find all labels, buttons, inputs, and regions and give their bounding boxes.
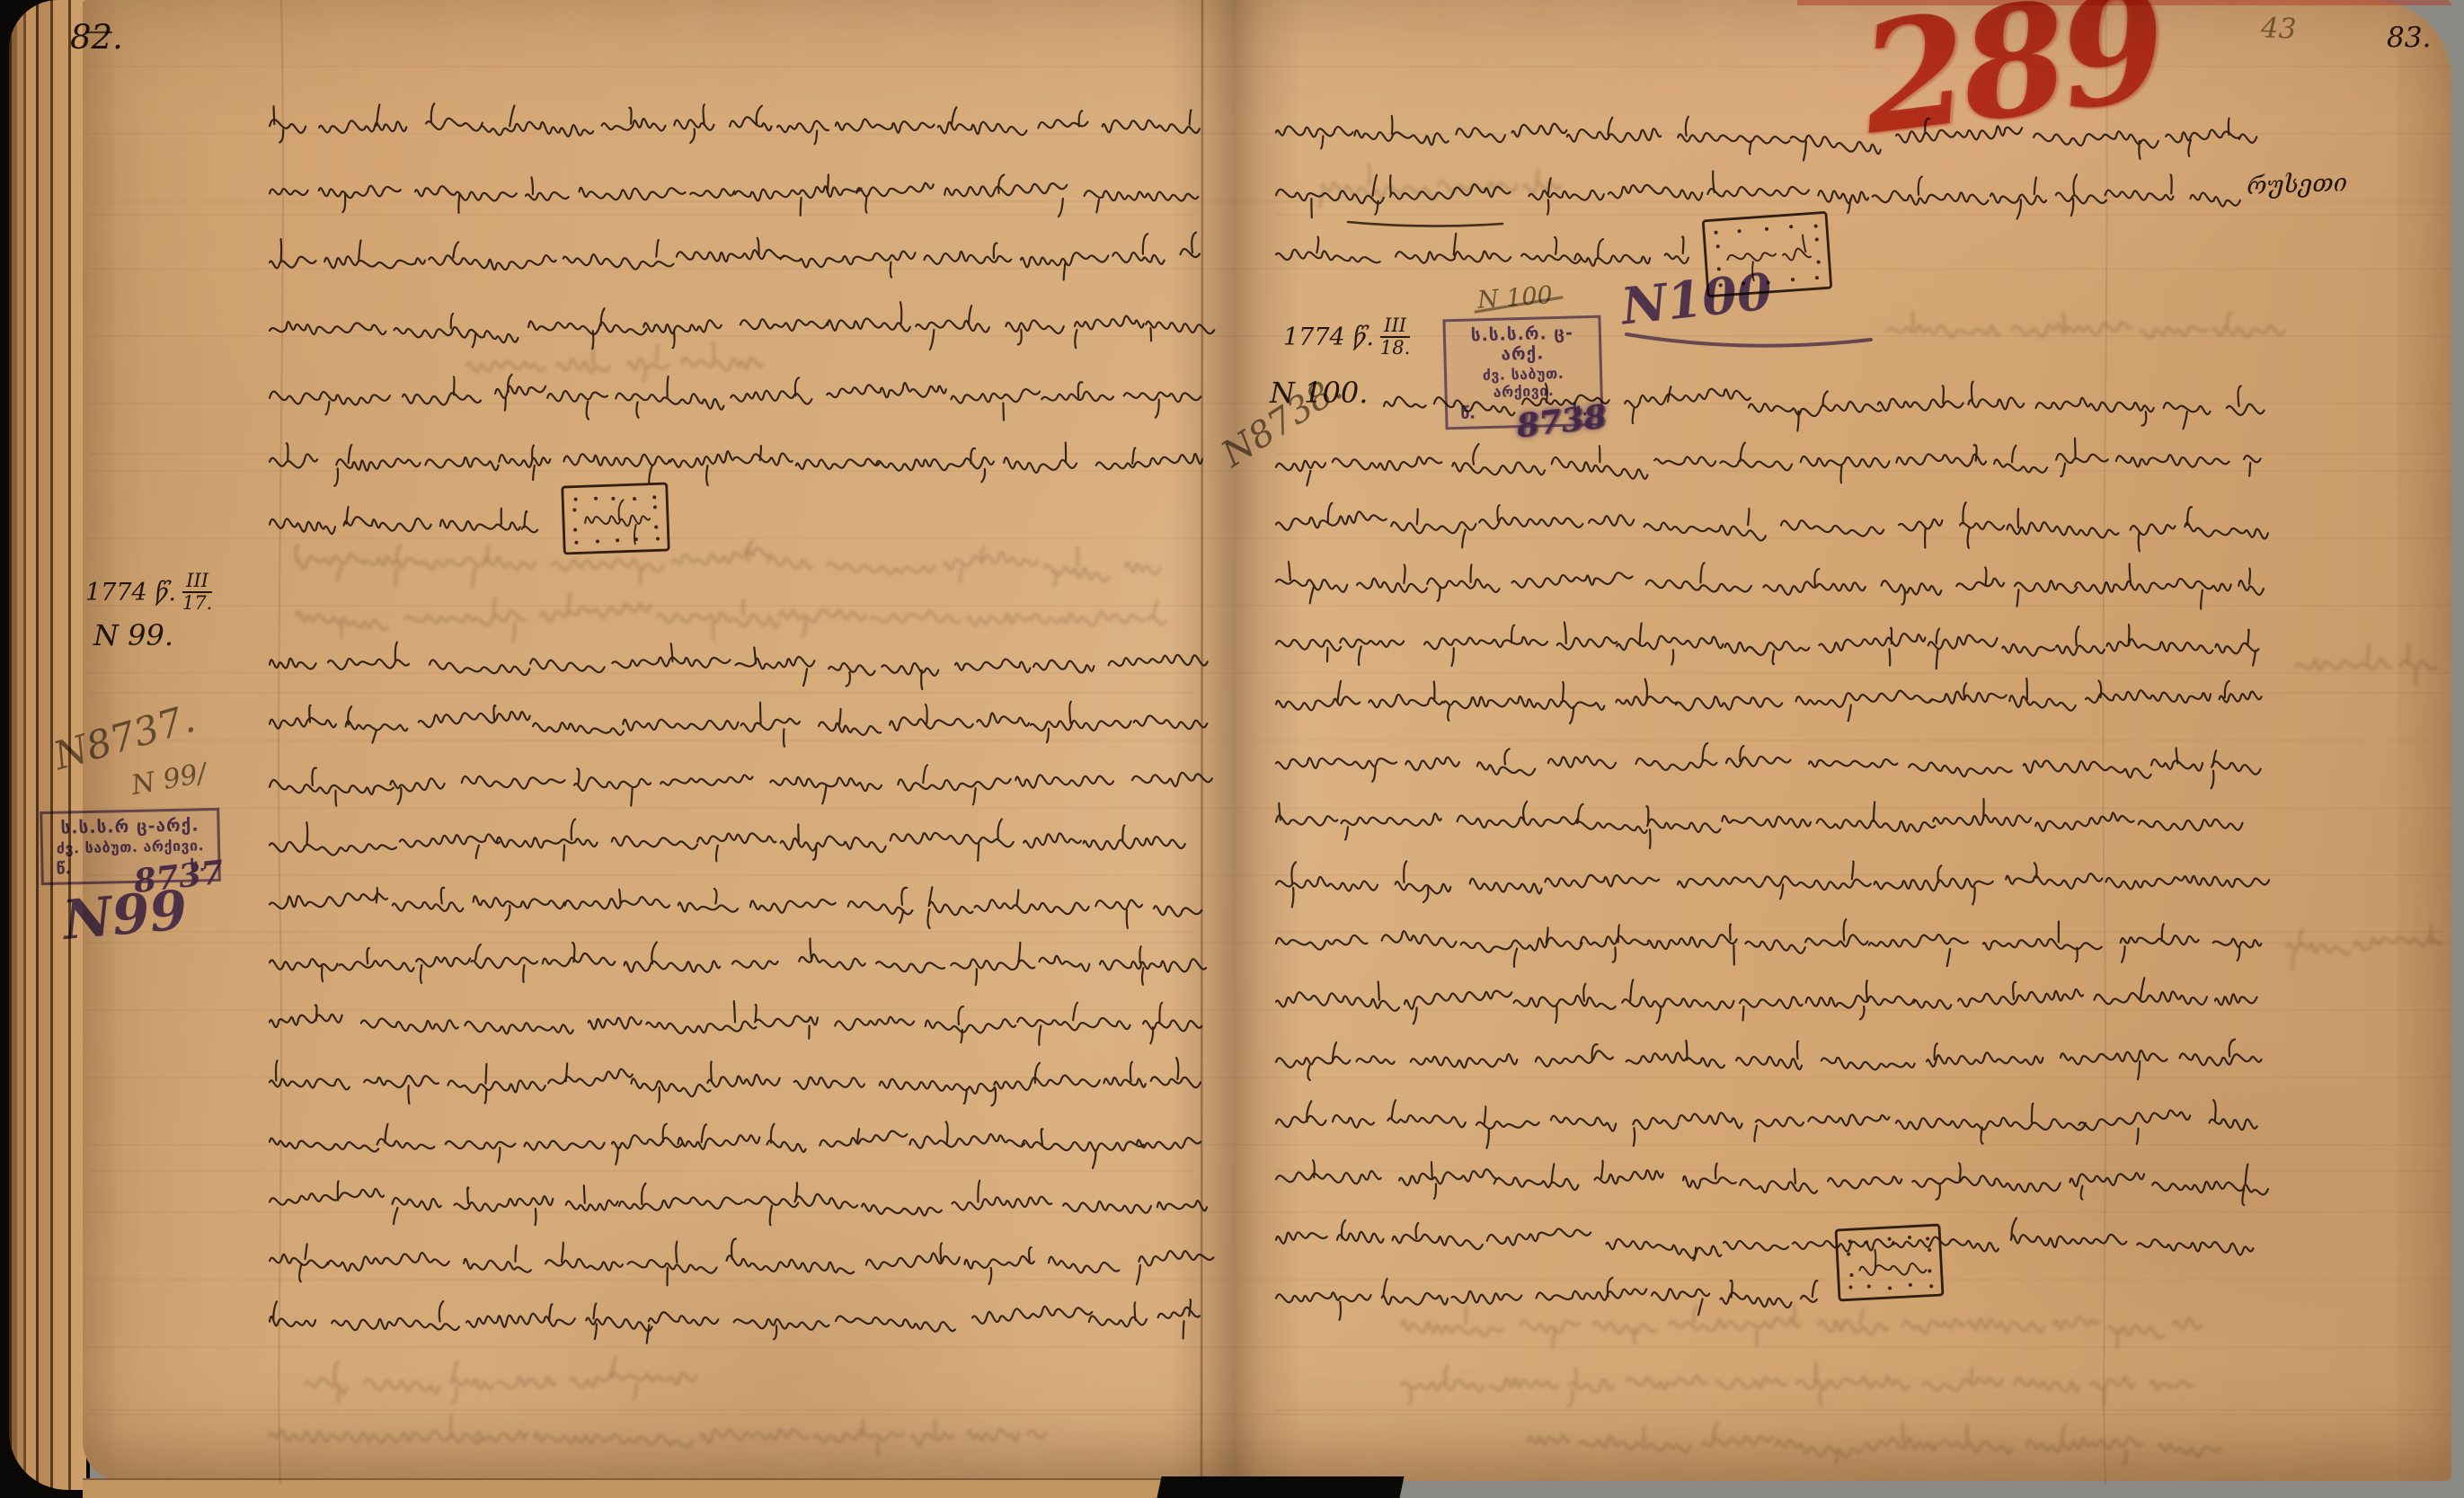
right-stamp-line2: ძვ. საბუთ. არქივი.	[1452, 364, 1595, 402]
left-page-number: 82.	[70, 18, 123, 57]
right-corner-pencil-number: 43	[2260, 12, 2297, 45]
right-archive-stamp: ს.ს.ს.რ. ც-არქ. ძვ. საბუთ. არქივი. წ. ს.…	[1442, 315, 1603, 430]
right-pencil-crossed-number: N 100	[1476, 281, 1554, 315]
right-date-fraction: III18.	[1380, 316, 1410, 358]
left-date-year: 1774 წ.	[85, 579, 176, 607]
left-purple-entry-number: N99	[60, 879, 190, 953]
left-date-fraction: III17.	[182, 572, 212, 613]
manuscript-scan: 82. 1774 წ.III17. N 99. N8737. N 99/ ს.ს…	[0, 0, 2464, 1498]
right-entry-date: 1774 წ.III18.	[1283, 316, 1410, 358]
right-page-number: 83.	[2387, 22, 2431, 54]
left-stamp-line2: ძვ. საბუთ. არქივი.	[49, 837, 212, 857]
left-entry-number: N 99.	[93, 618, 173, 652]
right-margin-note: რუსეთი	[2246, 169, 2347, 200]
binding-gutter-shadow	[1168, 0, 1303, 1483]
right-stamp-line1: ს.ს.ს.რ. ც-არქ.	[1451, 323, 1594, 366]
lower-leaf-edge	[83, 1478, 1210, 1498]
left-entry-date: 1774 წ.III17.	[85, 572, 212, 613]
left-stamp-line1: ს.ს.ს.რ ც-არქ.	[48, 815, 211, 838]
binding-shadow-bottom	[1157, 1476, 1404, 1498]
right-date-year: 1774 წ.	[1283, 324, 1374, 351]
left-archive-stamp: ს.ს.ს.რ ც-არქ. ძვ. საბუთ. არქივი. წ. ს. …	[40, 808, 221, 885]
